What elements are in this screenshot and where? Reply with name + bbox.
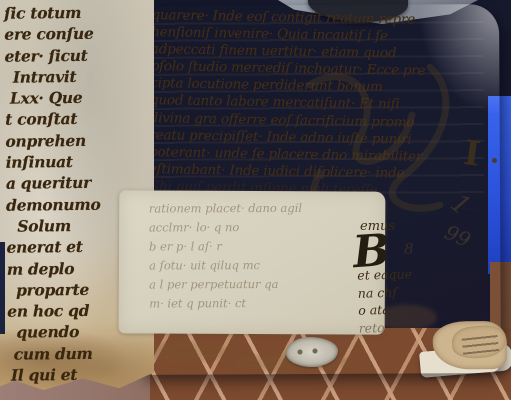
left-column-line: cum dum	[8, 342, 146, 365]
patch-faint-line: rationem placet· dano agil	[149, 199, 379, 219]
ink-dot	[492, 158, 497, 163]
stain	[147, 340, 227, 362]
main-text-block: quarere· Inde eoſ contigit reatum repreh…	[148, 7, 485, 201]
background-gap	[0, 242, 5, 334]
left-column-line: Intravit	[5, 65, 143, 88]
patch-faint-line: a l per perpetuatur qa	[149, 275, 379, 295]
patch-faint-line: a ſotu· uit qiluq mc	[149, 256, 379, 276]
left-column-line: ere conſue	[4, 23, 142, 46]
left-column-line: t conſtat	[5, 108, 143, 131]
margin-text-line: reto	[358, 318, 413, 337]
left-column-line: onprehen	[5, 129, 143, 152]
manuscript-photo: quarere· Inde eoſ contigit reatum repreh…	[0, 0, 511, 400]
margin-text-line: o ata	[358, 300, 413, 319]
margin-word: emus	[360, 219, 395, 234]
margin-text-lines: et eaquena chſo atareto	[357, 265, 414, 336]
left-column-line: inſinuat	[6, 150, 144, 173]
patch-faint-line: b er p· l aſ· r	[149, 237, 379, 257]
patch-faint-line: m· iet q punit· ct	[149, 294, 379, 314]
margin-text-line: et eaque	[357, 265, 412, 284]
patch-faint-line: acclmr· lo· q no	[149, 218, 379, 238]
margin-text-line: na chſ	[358, 283, 413, 302]
patch-faint-text: rationem placet· dano agilacclmr· lo· q …	[149, 199, 379, 314]
numeral-8: 8	[404, 240, 414, 258]
left-column-line: eter· ſicut	[4, 44, 142, 67]
left-column-line: Il qui et	[8, 363, 146, 386]
stamp-illegible-lines	[461, 331, 499, 355]
left-column-line: Lxx· Que	[5, 86, 143, 109]
left-column-line: ſic totum	[4, 1, 142, 24]
parchment-patch: rationem placet· dano agilacclmr· lo· q …	[119, 190, 386, 334]
